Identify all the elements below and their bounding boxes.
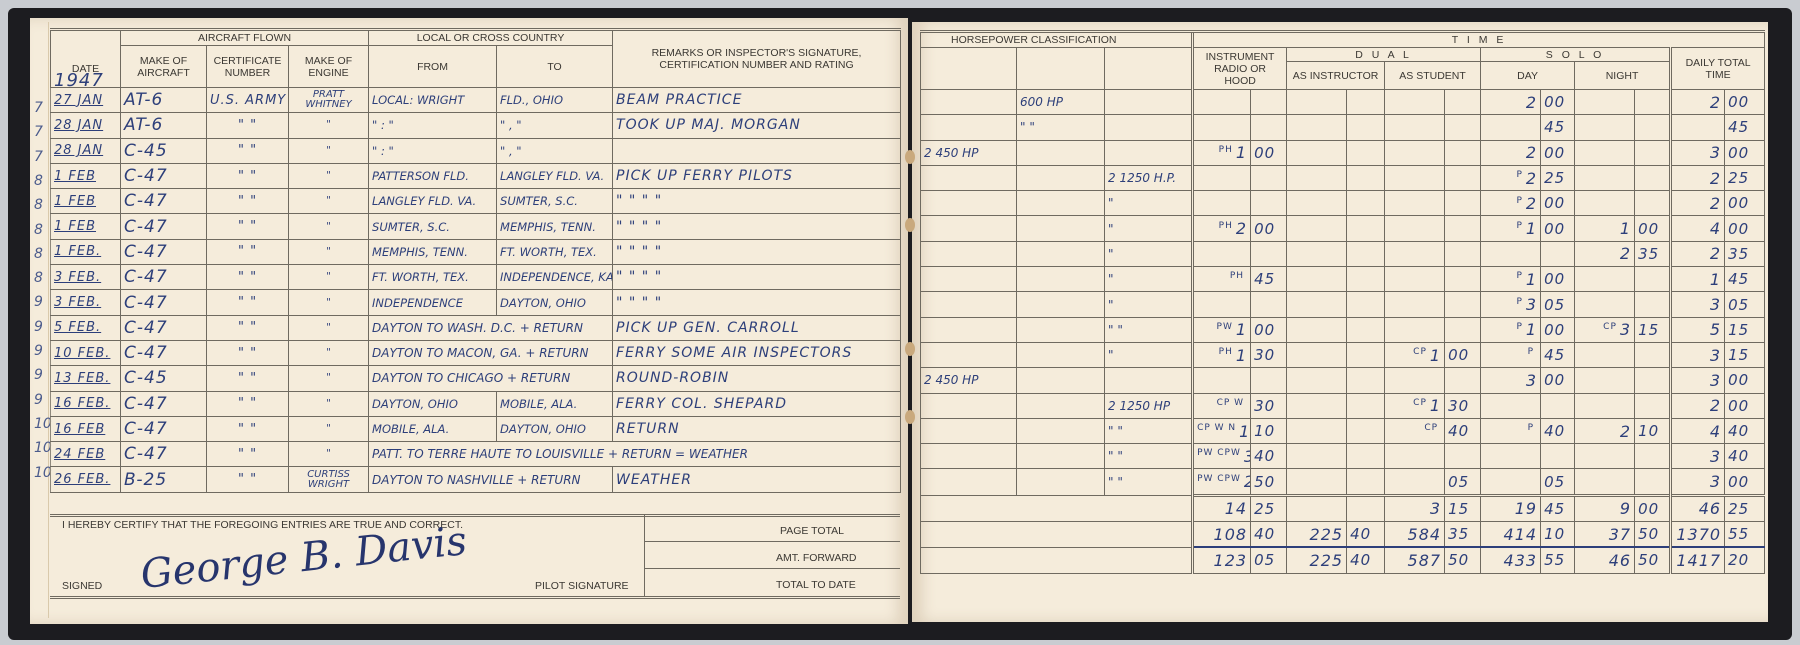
solo-day-time-code: P bbox=[1516, 196, 1522, 206]
hp-450-cell bbox=[921, 292, 1017, 317]
dual-student-time-hours bbox=[1385, 292, 1445, 317]
daily-total-time-hours: 1 bbox=[1671, 267, 1725, 292]
solo-day-time-minutes: 25 bbox=[1541, 165, 1575, 190]
daily-total-time-minutes: 35 bbox=[1725, 241, 1765, 266]
dual-student-time-minutes bbox=[1445, 216, 1481, 241]
instrument-time-minutes: 40 bbox=[1251, 444, 1287, 469]
aircraft-cell: C-47 bbox=[121, 416, 207, 441]
daily-total-time-hours: 5 bbox=[1671, 317, 1725, 342]
instrument-time-minutes bbox=[1251, 115, 1287, 140]
instrument-time-minutes bbox=[1251, 90, 1287, 115]
solo-night-time-code: CP bbox=[1603, 322, 1617, 332]
dual-instructor-time-minutes bbox=[1347, 90, 1385, 115]
binding-ring bbox=[905, 218, 915, 232]
dual-instructor-time-hours bbox=[1287, 393, 1347, 418]
dual-student-time-minutes bbox=[1445, 115, 1481, 140]
solo-night-time-minutes bbox=[1635, 140, 1671, 165]
margin-number: 8 bbox=[34, 246, 43, 262]
dual-student-time-minutes bbox=[1445, 241, 1481, 266]
as-instructor-header: AS INSTRUCTOR bbox=[1287, 62, 1385, 90]
solo-day-time-hours bbox=[1481, 393, 1541, 418]
remarks-cell: PICK UP FERRY PILOTS bbox=[613, 163, 901, 188]
log-entry-row: " "PW CPW340340 bbox=[921, 444, 1765, 469]
dual-instructor-time-hours bbox=[1287, 140, 1347, 165]
hp-450-cell bbox=[921, 469, 1017, 495]
solo-night-total-hours: 46 bbox=[1575, 547, 1635, 573]
hp-450-cell bbox=[921, 115, 1017, 140]
hp-600-cell bbox=[1017, 267, 1105, 292]
daily-total-time-minutes: 00 bbox=[1725, 191, 1765, 216]
dual-student-time-minutes bbox=[1445, 165, 1481, 190]
dual-instructor-time-minutes bbox=[1347, 393, 1385, 418]
daily-total-time-hours bbox=[1671, 115, 1725, 140]
engine-cell: " bbox=[289, 290, 369, 315]
hp-450-cell bbox=[921, 90, 1017, 115]
hp-450-cell bbox=[921, 418, 1017, 443]
log-entry-row: 600 HP200200 bbox=[921, 90, 1765, 115]
date-cell: 28 JAN bbox=[51, 113, 121, 138]
log-entry-row: 1 FEB.C-47" ""MEMPHIS, TENN.FT. WORTH, T… bbox=[51, 239, 901, 264]
solo-day-time-minutes bbox=[1541, 444, 1575, 469]
solo-day-total-minutes: 10 bbox=[1541, 522, 1575, 548]
instrument-time-hours: PH1 bbox=[1193, 342, 1251, 367]
log-entry-row: " "CP W N110CP40P40210440 bbox=[921, 418, 1765, 443]
daily-total-time-hours: 2 bbox=[1671, 191, 1725, 216]
margin-number: 9 bbox=[34, 294, 43, 310]
dual-instructor-time-minutes bbox=[1347, 216, 1385, 241]
engine-cell: " bbox=[289, 366, 369, 391]
daily-total-time-minutes: 25 bbox=[1725, 165, 1765, 190]
horsepower-classification-header: HORSEPOWER CLASSIFICATION bbox=[921, 32, 1193, 48]
solo-day-total-minutes: 55 bbox=[1541, 547, 1575, 573]
margin-number: 9 bbox=[34, 392, 43, 408]
dual-header: D U A L bbox=[1287, 48, 1481, 62]
daily-total-time-minutes: 00 bbox=[1725, 393, 1765, 418]
dual-instructor-time-hours bbox=[1287, 115, 1347, 140]
hp-450-cell bbox=[921, 165, 1017, 190]
remarks-cell: TOOK UP MAJ. MORGAN bbox=[613, 113, 901, 138]
dual-student-total-hours: 3 bbox=[1385, 495, 1445, 521]
solo-day-time-hours: 2 bbox=[1481, 140, 1541, 165]
solo-day-time-minutes: 00 bbox=[1541, 216, 1575, 241]
time-header: T I M E bbox=[1193, 32, 1765, 48]
dual-student-time-hours bbox=[1385, 267, 1445, 292]
hp-1250-cell: " " bbox=[1105, 444, 1193, 469]
daily-total-sum-hours: 46 bbox=[1671, 495, 1725, 521]
daily-total-time-hours: 3 bbox=[1671, 342, 1725, 367]
hp-1250-cell: " bbox=[1105, 292, 1193, 317]
remarks-cell: " " " " bbox=[613, 265, 901, 290]
instrument-header: INSTRUMENT RADIO OR HOOD bbox=[1193, 48, 1287, 90]
certificate-cell: " " bbox=[207, 467, 289, 492]
date-cell: 24 FEB bbox=[51, 442, 121, 467]
dual-student-time-minutes bbox=[1445, 444, 1481, 469]
dual-student-time-minutes bbox=[1445, 267, 1481, 292]
make-of-aircraft-header: MAKE OF AIRCRAFT bbox=[121, 46, 207, 88]
to-cell: DAYTON, OHIO bbox=[497, 416, 613, 441]
daily-total-time-hours: 4 bbox=[1671, 418, 1725, 443]
certificate-cell: " " bbox=[207, 416, 289, 441]
engine-cell: " bbox=[289, 416, 369, 441]
flight-log-left-table: DATE 1947 AIRCRAFT FLOWN LOCAL OR CROSS … bbox=[50, 28, 901, 493]
solo-day-time-hours: P1 bbox=[1481, 267, 1541, 292]
aircraft-cell: C-47 bbox=[121, 442, 207, 467]
instrument-time-minutes: 10 bbox=[1251, 418, 1287, 443]
dual-student-total-minutes: 35 bbox=[1445, 522, 1481, 548]
daily-total-time-hours: 3 bbox=[1671, 444, 1725, 469]
hp-600-cell bbox=[1017, 418, 1105, 443]
hp-1250-cell: " bbox=[1105, 267, 1193, 292]
instrument-time-code: PW CPW bbox=[1197, 474, 1241, 484]
hp-600-cell bbox=[1017, 216, 1105, 241]
log-entry-row: "PH130CP100P45315 bbox=[921, 342, 1765, 367]
dual-student-time-code: CP bbox=[1413, 347, 1427, 357]
instrument-time-code: CP W bbox=[1217, 398, 1244, 408]
solo-night-time-hours bbox=[1575, 140, 1635, 165]
remarks-cell: ROUND-ROBIN bbox=[613, 366, 901, 391]
dual-instructor-time-minutes bbox=[1347, 241, 1385, 266]
engine-cell: CURTISS WRIGHT bbox=[289, 467, 369, 492]
solo-day-time-minutes: 00 bbox=[1541, 191, 1575, 216]
daily-total-time-minutes: 40 bbox=[1725, 444, 1765, 469]
aircraft-flown-header: AIRCRAFT FLOWN bbox=[121, 30, 369, 46]
as-student-header: AS STUDENT bbox=[1385, 62, 1481, 90]
from-cell: " : " bbox=[369, 113, 497, 138]
solo-night-time-hours bbox=[1575, 90, 1635, 115]
remarks-cell: " " " " bbox=[613, 189, 901, 214]
solo-night-time-minutes bbox=[1635, 444, 1671, 469]
instrument-time-minutes: 00 bbox=[1251, 140, 1287, 165]
hp-600-cell bbox=[1017, 292, 1105, 317]
hp-1250-cell: " " bbox=[1105, 418, 1193, 443]
dual-student-time-hours bbox=[1385, 140, 1445, 165]
hp-450-cell: 2 450 HP bbox=[921, 140, 1017, 165]
daily-total-sum-hours: 1370 bbox=[1671, 522, 1725, 548]
instrument-time-code: PH bbox=[1219, 145, 1233, 155]
remarks-cell: WEATHER bbox=[613, 467, 901, 492]
instrument-time-hours: PH bbox=[1193, 267, 1251, 292]
hp-1250-cell bbox=[1105, 115, 1193, 140]
engine-cell: " bbox=[289, 163, 369, 188]
log-entry-row: "P305305 bbox=[921, 292, 1765, 317]
dual-student-time-minutes bbox=[1445, 317, 1481, 342]
hp-450-cell bbox=[921, 191, 1017, 216]
dual-student-time-minutes bbox=[1445, 191, 1481, 216]
instrument-time-hours bbox=[1193, 292, 1251, 317]
hp-600-cell bbox=[1017, 469, 1105, 495]
solo-night-time-minutes bbox=[1635, 165, 1671, 190]
aircraft-cell: C-45 bbox=[121, 138, 207, 163]
log-entry-row: " "4545 bbox=[921, 115, 1765, 140]
margin-number: 9 bbox=[34, 343, 43, 359]
date-cell: 3 FEB. bbox=[51, 265, 121, 290]
date-cell: 10 FEB. bbox=[51, 340, 121, 365]
instrument-time-hours: PW CPW3 bbox=[1193, 444, 1251, 469]
daily-total-sum-hours: 1417 bbox=[1671, 547, 1725, 573]
remarks-cell: BEAM PRACTICE bbox=[613, 88, 901, 113]
solo-day-time-hours: P bbox=[1481, 418, 1541, 443]
solo-day-time-code: P bbox=[1516, 297, 1522, 307]
log-entry-row: " "PW100P100CP315515 bbox=[921, 317, 1765, 342]
instrument-time-minutes bbox=[1251, 165, 1287, 190]
dual-instructor-time-hours bbox=[1287, 241, 1347, 266]
solo-day-time-hours: P1 bbox=[1481, 216, 1541, 241]
hp-1250-cell: " bbox=[1105, 216, 1193, 241]
instrument-total-hours: 14 bbox=[1193, 495, 1251, 521]
dual-student-time-hours: CP bbox=[1385, 418, 1445, 443]
solo-night-time-minutes bbox=[1635, 90, 1671, 115]
from-header: FROM bbox=[369, 46, 497, 88]
dual-instructor-time-minutes bbox=[1347, 418, 1385, 443]
dual-instructor-time-hours bbox=[1287, 191, 1347, 216]
solo-night-time-minutes: 00 bbox=[1635, 216, 1671, 241]
daily-total-time-minutes: 00 bbox=[1725, 368, 1765, 393]
route-cell: PATT. TO TERRE HAUTE TO LOUISVILLE + RET… bbox=[369, 442, 901, 467]
engine-cell: " bbox=[289, 442, 369, 467]
dual-student-total-hours: 587 bbox=[1385, 547, 1445, 573]
log-entry-row: 24 FEBC-47" ""PATT. TO TERRE HAUTE TO LO… bbox=[51, 442, 901, 467]
hp-600-cell bbox=[1017, 241, 1105, 266]
solo-day-time-minutes: 05 bbox=[1541, 292, 1575, 317]
year-label: 1947 bbox=[54, 75, 117, 87]
hp-1250-cell bbox=[1105, 140, 1193, 165]
log-entry-row: 2 1250 HPCP W30CP130200 bbox=[921, 393, 1765, 418]
instrument-total-hours: 108 bbox=[1193, 522, 1251, 548]
solo-day-time-hours bbox=[1481, 241, 1541, 266]
solo-day-time-hours: 3 bbox=[1481, 368, 1541, 393]
hp-600-cell: 600 HP bbox=[1017, 90, 1105, 115]
night-header: NIGHT bbox=[1575, 62, 1671, 90]
solo-day-time-hours: 2 bbox=[1481, 90, 1541, 115]
date-cell: 1 FEB bbox=[51, 189, 121, 214]
margin-number: 8 bbox=[34, 173, 43, 189]
local-cross-country-header: LOCAL OR CROSS COUNTRY bbox=[369, 30, 613, 46]
log-entry-row: 26 FEB.B-25" "CURTISS WRIGHTDAYTON TO NA… bbox=[51, 467, 901, 492]
solo-night-time-hours bbox=[1575, 165, 1635, 190]
solo-night-total-minutes: 00 bbox=[1635, 495, 1671, 521]
dual-instructor-time-minutes bbox=[1347, 444, 1385, 469]
instrument-time-code: PH bbox=[1219, 347, 1233, 357]
dual-instructor-total-hours: 225 bbox=[1287, 522, 1347, 548]
log-entry-row: 27 JANAT-6U.S. ARMYPRATT WHITNEYLOCAL: W… bbox=[51, 88, 901, 113]
solo-night-total-minutes: 50 bbox=[1635, 547, 1671, 573]
dual-student-time-hours bbox=[1385, 444, 1445, 469]
margin-number: 8 bbox=[34, 222, 43, 238]
solo-night-time-hours: 2 bbox=[1575, 418, 1635, 443]
hp-1250-cell: 2 1250 H.P. bbox=[1105, 165, 1193, 190]
daily-total-time-hours: 3 bbox=[1671, 292, 1725, 317]
instrument-time-hours bbox=[1193, 368, 1251, 393]
solo-day-time-hours: P2 bbox=[1481, 165, 1541, 190]
hp-600-cell bbox=[1017, 393, 1105, 418]
remarks-cell: " " " " bbox=[613, 290, 901, 315]
log-entry-row: 28 JANAT-6" """ : "" , "TOOK UP MAJ. MOR… bbox=[51, 113, 901, 138]
log-entry-row: 16 FEBC-47" ""MOBILE, ALA.DAYTON, OHIORE… bbox=[51, 416, 901, 441]
solo-night-time-hours: 2 bbox=[1575, 241, 1635, 266]
engine-cell: " bbox=[289, 315, 369, 340]
dual-student-time-minutes: 05 bbox=[1445, 469, 1481, 495]
flight-log-right-table: HORSEPOWER CLASSIFICATION T I M E INSTRU… bbox=[920, 30, 1765, 574]
solo-night-time-hours bbox=[1575, 267, 1635, 292]
aircraft-cell: C-47 bbox=[121, 265, 207, 290]
instrument-time-minutes: 00 bbox=[1251, 317, 1287, 342]
remarks-header: REMARKS OR INSPECTOR'S SIGNATURE, CERTIF… bbox=[613, 30, 901, 88]
to-cell: " , " bbox=[497, 113, 613, 138]
hp-600-cell: " " bbox=[1017, 115, 1105, 140]
from-cell: LANGLEY FLD. VA. bbox=[369, 189, 497, 214]
solo-night-time-hours bbox=[1575, 191, 1635, 216]
margin-number: 7 bbox=[34, 124, 43, 140]
certificate-cell: " " bbox=[207, 265, 289, 290]
instrument-time-hours: PH2 bbox=[1193, 216, 1251, 241]
dual-student-time-hours: CP1 bbox=[1385, 393, 1445, 418]
daily-total-time-hours: 3 bbox=[1671, 140, 1725, 165]
totals-blank bbox=[921, 522, 1193, 548]
certificate-number-header: CERTIFICATE NUMBER bbox=[207, 46, 289, 88]
instrument-total-minutes: 25 bbox=[1251, 495, 1287, 521]
total-to-date-row: 123052254058750433554650141720 bbox=[921, 547, 1765, 573]
solo-night-total-hours: 37 bbox=[1575, 522, 1635, 548]
dual-instructor-time-hours bbox=[1287, 90, 1347, 115]
dual-student-time-hours bbox=[1385, 368, 1445, 393]
solo-night-time-hours bbox=[1575, 469, 1635, 495]
solo-day-time-code: P bbox=[1516, 170, 1522, 180]
dual-student-total-hours: 584 bbox=[1385, 522, 1445, 548]
daily-total-sum-minutes: 20 bbox=[1725, 547, 1765, 573]
solo-day-time-hours: P bbox=[1481, 342, 1541, 367]
solo-night-time-minutes: 10 bbox=[1635, 418, 1671, 443]
solo-day-time-minutes: 00 bbox=[1541, 317, 1575, 342]
totals-divider bbox=[644, 514, 645, 596]
date-cell: 1 FEB bbox=[51, 163, 121, 188]
solo-day-time-code: P bbox=[1516, 221, 1522, 231]
solo-night-time-minutes bbox=[1635, 191, 1671, 216]
hp-450-cell bbox=[921, 216, 1017, 241]
log-entry-row: 2 450 HPPH100200300 bbox=[921, 140, 1765, 165]
to-cell: FLD., OHIO bbox=[497, 88, 613, 113]
hp-450-cell: 2 450 HP bbox=[921, 368, 1017, 393]
signed-label: SIGNED bbox=[62, 580, 102, 592]
hp-600-cell bbox=[1017, 165, 1105, 190]
dual-student-time-hours bbox=[1385, 90, 1445, 115]
instrument-time-hours bbox=[1193, 115, 1251, 140]
solo-day-time-minutes: 00 bbox=[1541, 140, 1575, 165]
footer-rule bbox=[50, 514, 900, 517]
dual-student-time-minutes bbox=[1445, 140, 1481, 165]
daily-total-time-hours: 3 bbox=[1671, 368, 1725, 393]
route-cell: DAYTON TO CHICAGO + RETURN bbox=[369, 366, 613, 391]
date-cell: 26 FEB. bbox=[51, 467, 121, 492]
dual-instructor-time-hours bbox=[1287, 317, 1347, 342]
solo-day-time-minutes: 05 bbox=[1541, 469, 1575, 495]
solo-night-time-minutes bbox=[1635, 267, 1671, 292]
date-cell: 28 JAN bbox=[51, 138, 121, 163]
daily-total-time-hours: 4 bbox=[1671, 216, 1725, 241]
from-cell: " : " bbox=[369, 138, 497, 163]
daily-total-time-minutes: 00 bbox=[1725, 90, 1765, 115]
aircraft-cell: AT-6 bbox=[121, 113, 207, 138]
date-cell: 1 FEB. bbox=[51, 239, 121, 264]
instrument-time-hours bbox=[1193, 165, 1251, 190]
to-cell: LANGLEY FLD. VA. bbox=[497, 163, 613, 188]
dual-instructor-total-minutes bbox=[1347, 495, 1385, 521]
aircraft-cell: C-47 bbox=[121, 290, 207, 315]
engine-cell: " bbox=[289, 340, 369, 365]
dual-instructor-time-minutes bbox=[1347, 191, 1385, 216]
solo-day-time-hours: P3 bbox=[1481, 292, 1541, 317]
solo-night-time-minutes: 15 bbox=[1635, 317, 1671, 342]
certificate-cell: " " bbox=[207, 315, 289, 340]
solo-night-time-hours: CP3 bbox=[1575, 317, 1635, 342]
solo-day-time-hours bbox=[1481, 469, 1541, 495]
solo-day-total-hours: 433 bbox=[1481, 547, 1541, 573]
dual-instructor-total-minutes: 40 bbox=[1347, 522, 1385, 548]
hp-600-cell bbox=[1017, 191, 1105, 216]
margin-number: 9 bbox=[34, 367, 43, 383]
to-cell: MEMPHIS, TENN. bbox=[497, 214, 613, 239]
daily-total-time-minutes: 05 bbox=[1725, 292, 1765, 317]
solo-day-time-hours bbox=[1481, 444, 1541, 469]
solo-day-time-minutes: 45 bbox=[1541, 342, 1575, 367]
solo-day-total-hours: 414 bbox=[1481, 522, 1541, 548]
solo-night-time-minutes bbox=[1635, 368, 1671, 393]
engine-cell: " bbox=[289, 138, 369, 163]
log-entry-row: 28 JANC-45" """ : "" , " bbox=[51, 138, 901, 163]
date-cell: 1 FEB bbox=[51, 214, 121, 239]
solo-night-time-hours bbox=[1575, 342, 1635, 367]
engine-cell: PRATT WHITNEY bbox=[289, 88, 369, 113]
from-cell: MOBILE, ALA. bbox=[369, 416, 497, 441]
footer-rule-bottom bbox=[50, 596, 900, 599]
hp-450-cell bbox=[921, 317, 1017, 342]
solo-day-time-hours: P1 bbox=[1481, 317, 1541, 342]
instrument-time-minutes: 30 bbox=[1251, 393, 1287, 418]
dual-instructor-time-minutes bbox=[1347, 115, 1385, 140]
log-entry-row: 1 FEBC-47" ""PATTERSON FLD.LANGLEY FLD. … bbox=[51, 163, 901, 188]
certificate-cell: " " bbox=[207, 163, 289, 188]
hp-1250-cell: 2 1250 HP bbox=[1105, 393, 1193, 418]
hp-600-cell bbox=[1017, 317, 1105, 342]
dual-instructor-time-minutes bbox=[1347, 165, 1385, 190]
solo-day-time-code: P bbox=[1516, 271, 1522, 281]
dual-student-time-hours bbox=[1385, 469, 1445, 495]
dual-student-time-hours bbox=[1385, 165, 1445, 190]
margin-number: 8 bbox=[34, 197, 43, 213]
dual-instructor-total-hours bbox=[1287, 495, 1347, 521]
dual-instructor-time-hours bbox=[1287, 267, 1347, 292]
engine-cell: " bbox=[289, 391, 369, 416]
solo-night-time-hours bbox=[1575, 368, 1635, 393]
solo-day-time-hours: P2 bbox=[1481, 191, 1541, 216]
hp-1250-cell: " bbox=[1105, 191, 1193, 216]
solo-day-time-minutes bbox=[1541, 241, 1575, 266]
certificate-cell: " " bbox=[207, 214, 289, 239]
to-cell: SUMTER, S.C. bbox=[497, 189, 613, 214]
log-entry-row: 2 1250 H.P.P225225 bbox=[921, 165, 1765, 190]
solo-day-time-minutes: 45 bbox=[1541, 115, 1575, 140]
dual-instructor-time-hours bbox=[1287, 444, 1347, 469]
date-cell: 3 FEB. bbox=[51, 290, 121, 315]
aircraft-cell: C-47 bbox=[121, 239, 207, 264]
totals-blank bbox=[921, 495, 1193, 521]
log-entry-row: "PH45P100145 bbox=[921, 267, 1765, 292]
dual-student-time-hours bbox=[1385, 191, 1445, 216]
dual-student-time-hours bbox=[1385, 317, 1445, 342]
route-cell: DAYTON TO MACON, GA. + RETURN bbox=[369, 340, 613, 365]
daily-total-time-minutes: 45 bbox=[1725, 267, 1765, 292]
dual-instructor-time-minutes bbox=[1347, 140, 1385, 165]
to-cell: INDEPENDENCE, KAN. bbox=[497, 265, 613, 290]
